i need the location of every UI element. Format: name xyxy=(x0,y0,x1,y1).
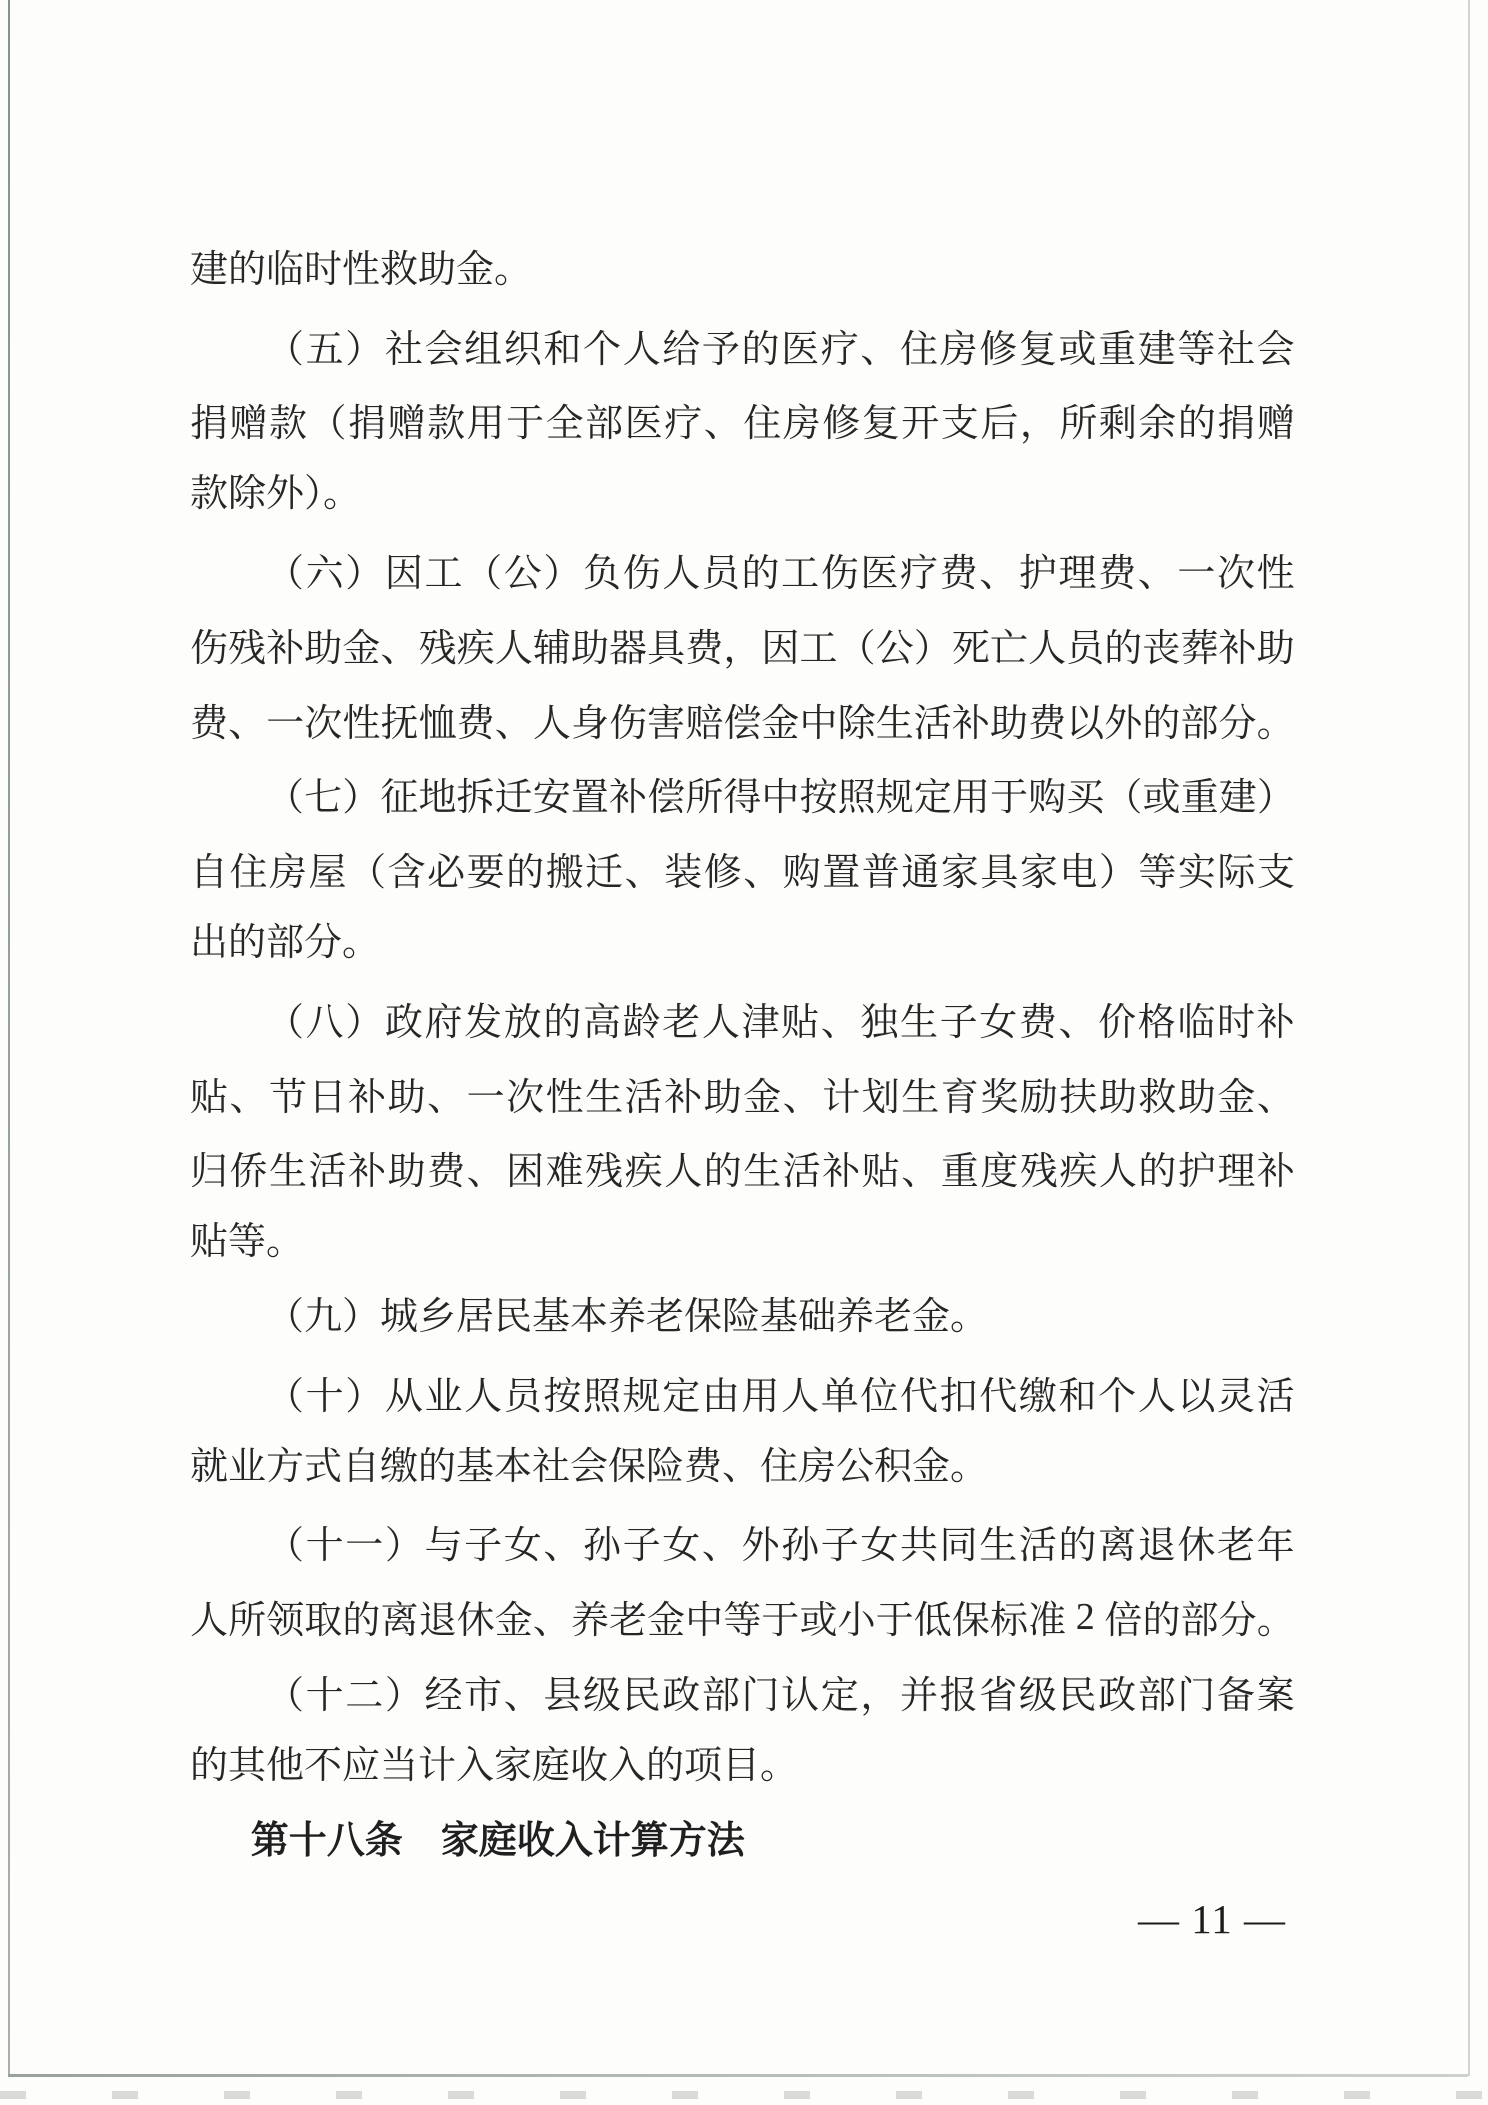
text-line: （十）从业人员按照规定由用人单位代扣代缴和个人以灵活 xyxy=(190,1355,1295,1430)
document-body: 建的临时性救助金。（五）社会组织和个人给予的医疗、住房修复或重建等社会捐赠款（捐… xyxy=(190,233,1295,1879)
text-line: 贴、节日补助、一次性生活补助金、计划生育奖励扶助救助金、 xyxy=(190,1056,1295,1131)
text-line: （七）征地拆迁安置补偿所得中按照规定用于购买（或重建） xyxy=(190,757,1295,832)
text-line: 人所领取的离退休金、养老金中等于或小于低保标准 2 倍的部分。 xyxy=(190,1579,1295,1654)
text-line: 就业方式自缴的基本社会保险费、住房公积金。 xyxy=(190,1430,1295,1505)
text-line: （五）社会组织和个人给予的医疗、住房修复或重建等社会 xyxy=(190,308,1295,383)
text-line: 自住房屋（含必要的搬迁、装修、购置普通家具家电）等实际支 xyxy=(190,831,1295,906)
text-line: 伤残补助金、残疾人辅助器具费，因工（公）死亡人员的丧葬补助 xyxy=(190,607,1295,682)
scan-edge-bottom-smudge xyxy=(0,2091,1488,2099)
text-line: （九）城乡居民基本养老保险基础养老金。 xyxy=(190,1280,1295,1355)
text-line: 费、一次性抚恤费、人身伤害赔偿金中除生活补助费以外的部分。 xyxy=(190,682,1295,757)
text-line: 出的部分。 xyxy=(190,906,1295,981)
text-line: 款除外）。 xyxy=(190,457,1295,532)
scanned-document-page: 建的临时性救助金。（五）社会组织和个人给予的医疗、住房修复或重建等社会捐赠款（捐… xyxy=(0,0,1488,2105)
text-line: 捐赠款（捐赠款用于全部医疗、住房修复开支后，所剩余的捐赠 xyxy=(190,383,1295,458)
text-line: 贴等。 xyxy=(190,1205,1295,1280)
article-heading: 第十八条 家庭收入计算方法 xyxy=(190,1804,1295,1879)
text-line: 建的临时性救助金。 xyxy=(190,233,1295,308)
scan-edge-bottom-line xyxy=(8,2074,1468,2077)
text-line: （八）政府发放的高龄老人津贴、独生子女费、价格临时补 xyxy=(190,981,1295,1056)
text-line: （十一）与子女、孙子女、外孙子女共同生活的离退休老年 xyxy=(190,1505,1295,1580)
text-line: （十二）经市、县级民政部门认定，并报省级民政部门备案 xyxy=(190,1654,1295,1729)
text-line: 的其他不应当计入家庭收入的项目。 xyxy=(190,1729,1295,1804)
scan-edge-right-line xyxy=(1468,0,1470,2076)
text-line: （六）因工（公）负伤人员的工伤医疗费、护理费、一次性 xyxy=(190,532,1295,607)
text-line: 归侨生活补助费、困难残疾人的生活补贴、重度残疾人的护理补 xyxy=(190,1131,1295,1206)
page-number: — 11 — xyxy=(1138,1895,1286,1943)
scan-edge-left-line xyxy=(8,0,10,2076)
